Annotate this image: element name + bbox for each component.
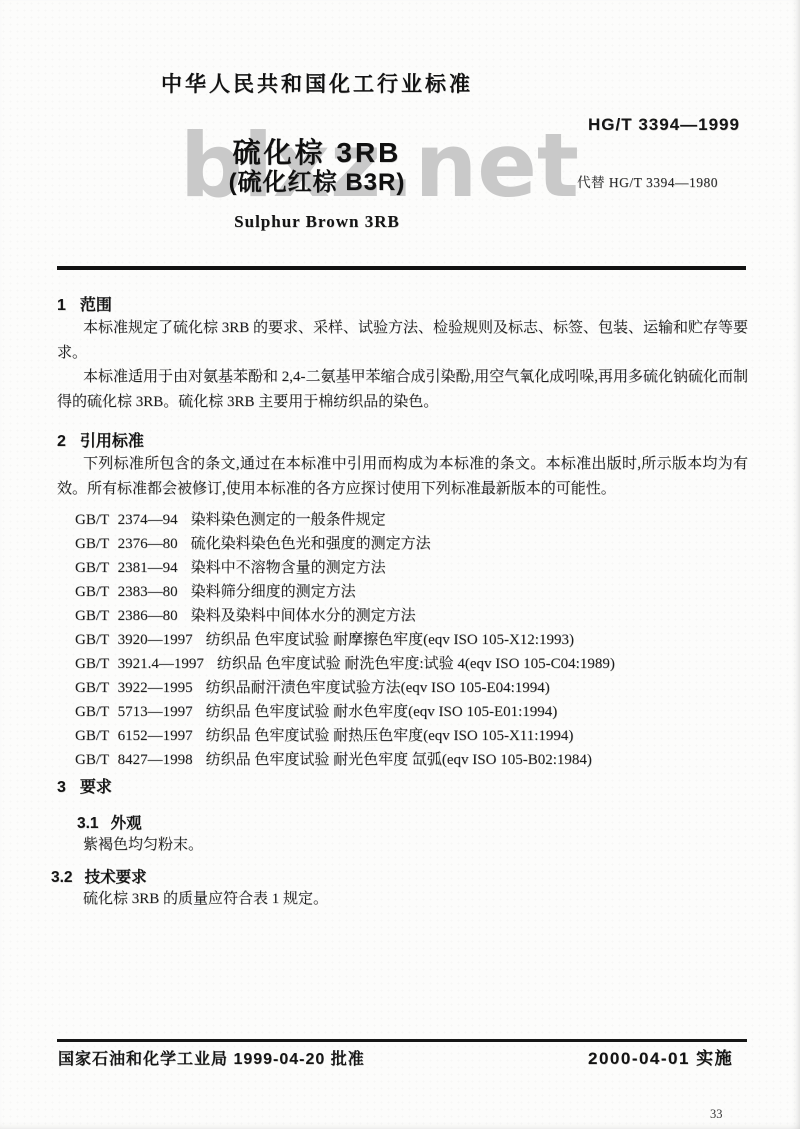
footer-divider-rule	[57, 1039, 747, 1042]
section-title: 范围	[80, 297, 112, 314]
reference-title: 染料及染料中间体水分的测定方法	[191, 608, 416, 624]
reference-code: GB/T 3920—1997	[75, 628, 193, 652]
section-number: 2	[57, 432, 66, 452]
section-heading-scope: 1范围	[57, 296, 748, 316]
reference-item: GB/T 3920—1997纺织品 色牢度试验 耐摩擦色牢度(eqv ISO 1…	[57, 628, 748, 652]
subsection-title: 技术要求	[85, 869, 147, 886]
implementation-date: 2000-04-01 实施	[588, 1044, 733, 1069]
appearance-text: 紫褐色均匀粉末。	[57, 833, 748, 858]
reference-item: GB/T 3921.4—1997纺织品 色牢度试验 耐洗色牢度:试验 4(eqv…	[57, 652, 748, 676]
reference-code: GB/T 5713—1997	[75, 700, 193, 724]
reference-title: 纺织品 色牢度试验 耐水色牢度(eqv ISO 105-E01:1994)	[206, 704, 558, 720]
section-heading-references: 2引用标准	[57, 432, 748, 452]
reference-item: GB/T 3922—1995纺织品耐汗渍色牢度试验方法(eqv ISO 105-…	[57, 676, 748, 700]
section-number: 1	[57, 296, 66, 316]
reference-title: 染料中不溶物含量的测定方法	[191, 560, 386, 576]
section-title: 要求	[80, 779, 112, 796]
references-intro: 下列标准所包含的条文,通过在本标准中引用而构成为本标准的条文。本标准出版时,所示…	[57, 452, 748, 501]
subsection-number: 3.1	[77, 815, 99, 833]
technical-requirements-text: 硫化棕 3RB 的质量应符合表 1 规定。	[57, 887, 748, 912]
reference-title: 纺织品耐汗渍色牢度试验方法(eqv ISO 105-E04:1994)	[206, 680, 550, 696]
replaces-note: 代替 HG/T 3394—1980	[577, 171, 718, 191]
reference-title: 纺织品 色牢度试验 耐光色牢度 氙弧(eqv ISO 105-B02:1984)	[206, 752, 592, 768]
reference-code: GB/T 6152—1997	[75, 724, 193, 748]
approval-note: 国家石油和化学工业局 1999-04-20 批准	[58, 1046, 365, 1069]
scanned-standard-page: blxz.net 中华人民共和国化工行业标准 HG/T 3394—1999 硫化…	[0, 0, 800, 1129]
reference-item: GB/T 6152—1997纺织品 色牢度试验 耐热压色牢度(eqv ISO 1…	[57, 724, 748, 748]
reference-standards-list: GB/T 2374—94染料染色测定的一般条件规定 GB/T 2376—80硫化…	[57, 508, 748, 772]
subsection-heading-appearance: 3.1外观	[77, 815, 748, 833]
document-title-en: Sulphur Brown 3RB	[57, 212, 577, 232]
standard-number: HG/T 3394—1999	[588, 115, 740, 135]
reference-item: GB/T 2383—80染料筛分细度的测定方法	[57, 580, 748, 604]
scope-paragraph-2: 本标准适用于由对氨基苯酚和 2,4-二氨基甲苯缩合成引染酚,用空气氧化成吲哚,再…	[57, 365, 748, 414]
scope-paragraph-1: 本标准规定了硫化棕 3RB 的要求、采样、试验方法、检验规则及标志、标签、包装、…	[57, 316, 748, 365]
reference-item: GB/T 5713—1997纺织品 色牢度试验 耐水色牢度(eqv ISO 10…	[57, 700, 748, 724]
subsection-title: 外观	[111, 815, 142, 832]
reference-code: GB/T 2386—80	[75, 604, 178, 628]
reference-code: GB/T 2376—80	[75, 532, 178, 556]
document-body: 1范围 本标准规定了硫化棕 3RB 的要求、采样、试验方法、检验规则及标志、标签…	[57, 288, 748, 911]
header-divider-rule	[57, 266, 746, 270]
reference-title: 纺织品 色牢度试验 耐洗色牢度:试验 4(eqv ISO 105-C04:198…	[217, 656, 615, 672]
document-title-alt: (硫化红棕 B3R)	[57, 169, 577, 197]
reference-code: GB/T 3921.4—1997	[75, 652, 204, 676]
reference-title: 纺织品 色牢度试验 耐摩擦色牢度(eqv ISO 105-X12:1993)	[206, 632, 574, 648]
subsection-number: 3.2	[51, 869, 73, 887]
reference-code: GB/T 2383—80	[75, 580, 178, 604]
reference-code: GB/T 2374—94	[75, 508, 178, 532]
subsection-heading-technical: 3.2技术要求	[51, 869, 748, 887]
page-number: 33	[710, 1107, 723, 1122]
reference-code: GB/T 3922—1995	[75, 676, 193, 700]
reference-title: 纺织品 色牢度试验 耐热压色牢度(eqv ISO 105-X11:1994)	[206, 728, 574, 744]
reference-item: GB/T 2374—94染料染色测定的一般条件规定	[57, 508, 748, 532]
reference-item: GB/T 2386—80染料及染料中间体水分的测定方法	[57, 604, 748, 628]
reference-item: GB/T 2376—80硫化染料染色色光和强度的测定方法	[57, 532, 748, 556]
reference-title: 染料筛分细度的测定方法	[191, 584, 356, 600]
reference-code: GB/T 2381—94	[75, 556, 178, 580]
section-heading-requirements: 3要求	[57, 778, 748, 798]
reference-title: 染料染色测定的一般条件规定	[191, 512, 386, 528]
reference-item: GB/T 2381—94染料中不溶物含量的测定方法	[57, 556, 748, 580]
document-title-cn: 硫化棕 3RB	[57, 137, 577, 169]
standard-org-line: 中华人民共和国化工行业标准	[57, 72, 577, 97]
section-title: 引用标准	[80, 433, 144, 450]
reference-code: GB/T 8427—1998	[75, 748, 193, 772]
reference-item: GB/T 8427—1998纺织品 色牢度试验 耐光色牢度 氙弧(eqv ISO…	[57, 748, 748, 772]
section-number: 3	[57, 778, 66, 798]
reference-title: 硫化染料染色色光和强度的测定方法	[191, 536, 431, 552]
